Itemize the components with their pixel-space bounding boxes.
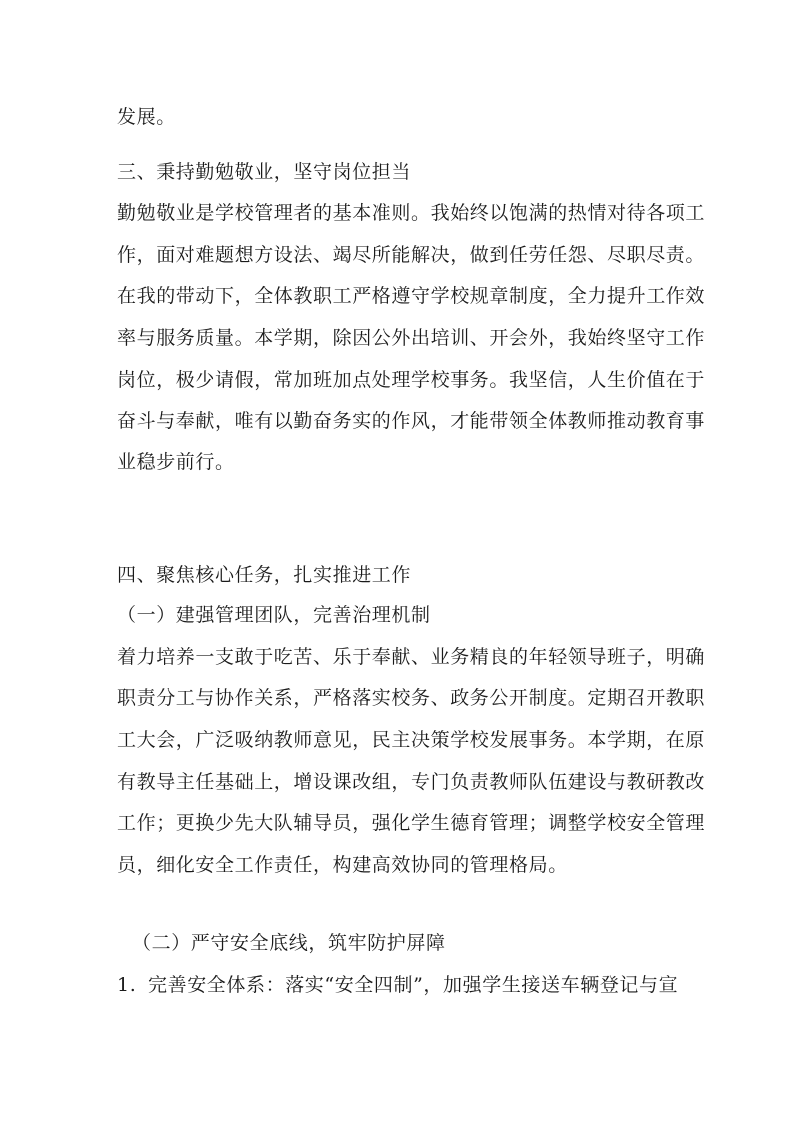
paragraph-line: 职责分工与协作关系，严格落实校务、政务公开制度。定期召开教职 — [117, 686, 678, 710]
paragraph-line: 岗位，极少请假，常加班加点处理学校事务。我坚信，人生价值在于 — [117, 368, 678, 392]
list-item-text: 完善安全体系：落实“安全四制”，加强学生接送车辆登记与宣 — [148, 973, 678, 997]
paragraph-line: 业稳步前行。 — [117, 450, 235, 474]
paragraph-line: 奋斗与奉献，唯有以勤奋务实的作风，才能带领全体教师推动教育事 — [117, 409, 678, 433]
paragraph-line: 作，面对难题想方设法、竭尽所能解决，做到任劳任怨、尽职尽责。 — [117, 243, 678, 267]
paragraph-line: 员，细化安全工作责任，构建高效协同的管理格局。 — [117, 853, 568, 877]
paragraph-line: 着力培养一支敢于吃苦、乐于奉献、业务精良的年轻领导班子，明确 — [117, 645, 678, 669]
section-heading-3: 三、秉持勤勉敬业，坚守岗位担当 — [117, 160, 411, 184]
list-item-number: 1. — [117, 973, 136, 997]
section-heading-4: 四、聚焦核心任务，扎实推进工作 — [117, 563, 411, 587]
paragraph-line: 在我的带动下，全体教职工严格遵守学校规章制度，全力提升工作效 — [117, 284, 678, 308]
subsection-heading-1: （一）建强管理团队，完善治理机制 — [117, 603, 431, 627]
paragraph-line: 工作；更换少先大队辅导员，强化学生德育管理；调整学校安全管理 — [117, 811, 678, 835]
paragraph-line: 有教导主任基础上，增设课改组，专门负责教师队伍建设与教研教改 — [117, 770, 678, 794]
subsection-heading-2: （二）严守安全底线，筑牢防护屏障 — [132, 931, 446, 955]
paragraph-line: 工大会，广泛吸纳教师意见，民主决策学校发展事务。本学期，在原 — [117, 728, 678, 752]
paragraph-line: 勤勉敬业是学校管理者的基本准则。我始终以饱满的热情对待各项工 — [117, 201, 678, 225]
paragraph-fragment: 发展。 — [117, 105, 176, 129]
paragraph-line: 率与服务质量。本学期，除因公外出培训、开会外，我始终坚守工作 — [117, 326, 678, 350]
